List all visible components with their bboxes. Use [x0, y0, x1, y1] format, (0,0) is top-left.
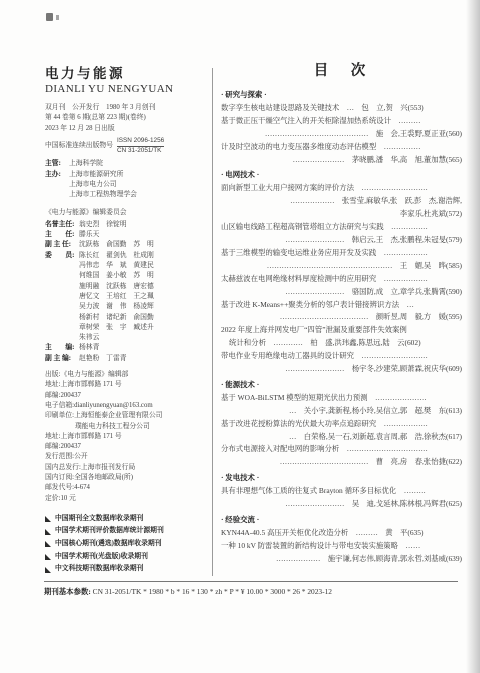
toc-line: 山区输电线路工程超高钢管塔组立方法研究与实践 …………… — [221, 221, 462, 234]
organizer-label: 主管: — [45, 159, 69, 169]
board-row: 吴力波 谢 伟 杨凌辉 — [45, 302, 211, 312]
database-badge: 中国学术期刊评价数据库统计源期刊 — [45, 525, 211, 538]
board-role-label — [45, 302, 79, 312]
board-member-names: 朱祎云 — [79, 333, 99, 343]
journal-contents-page: 电力与能源 DIANLI YU NENGYUAN 双月刊 公开发行 1980 年… — [0, 0, 480, 673]
publishing-info-row: 地址:上海市邯郸路 171 号 — [45, 432, 211, 442]
board-role-label — [45, 313, 79, 323]
toc-line: …………………… 吴 迪,戈延林,陈林根,冯辉君(625) — [221, 498, 462, 511]
toc-line: 统计和分析 ………… 柏 盛,洪玮鑫,陈思远,陆 云(602) — [221, 337, 462, 350]
board-member-names: 翁史烈 徐锭明 — [79, 220, 127, 230]
badge-text: 中文科技期刊数据库收录期刊 — [55, 563, 143, 576]
board-member-names: 唐忆文 王培红 王之珮 — [79, 292, 154, 302]
toc-line: 一种 10 kV 防雷装置的新结构设计与带电安装实施策略 …… — [221, 540, 462, 553]
editorial-board-rows: 名誉主任: 翁史烈 徐锭明 主 任: 滕乐天 副 主 任: 沈跃栋 俞国勤 苏 … — [45, 220, 211, 364]
board-member-names: 章树荣 张 宇 臧述升 — [79, 323, 154, 333]
badge-text: 中国核心期刊(遴选)数据库收录期刊 — [55, 538, 161, 551]
toc-line: KYN44A-40.5 高压开关柜优化改造分析 ……… 黄 平(635) — [221, 527, 462, 540]
toc-line: · 发电技术 · — [221, 472, 462, 485]
publishing-info-row: 发行范围:公开 — [45, 452, 211, 462]
toc-lines: · 研究与探索 · 数字孪生核电站建设思路及关键技术 … 包 立,贺 兴(553… — [221, 89, 462, 566]
footer-value: CN 31-2051/TK * 1980 * b * 16 * 130 * zh… — [93, 587, 332, 596]
toc-line: ……………… 施宇谦,何志伟,顾海青,郭永哲,刘基威(639) — [221, 553, 462, 566]
toc-line: …………………… 杨宇冬,沙建荣,顾萧霖,祝庆华(609) — [221, 363, 462, 376]
toc-line: · 能源技术 · — [221, 379, 462, 392]
board-role-label — [45, 261, 79, 271]
board-row: 委 员: 陈长红 翟剑仇 杜成刚 — [45, 251, 211, 261]
board-role-label — [45, 271, 79, 281]
publication-info: 双月刊 公开发行 1980 年 3 月创刊 第 44 卷第 6 期(总第 223… — [45, 103, 211, 134]
board-member-names: 杨新村 诸纪新 俞国勤 — [79, 313, 154, 323]
toc-column: 目 次 · 研究与探索 · 数字孪生核电站建设思路及关键技术 … 包 立,贺 兴… — [221, 62, 462, 566]
board-row: 唐忆文 王培红 王之珮 — [45, 292, 211, 302]
board-role-label: 副 主 任: — [45, 240, 79, 250]
board-member-names: 滕乐天 — [79, 230, 99, 240]
toc-line: 基于 WOA-BiLSTM 模型的短期光伏出力预测 ………………… — [221, 392, 462, 405]
database-badge: 中文科技期刊数据库收录期刊 — [45, 563, 211, 576]
toc-line: 分布式电源接入对配电网的影响分析 …………………………… — [221, 443, 462, 456]
board-role-label: 主 编: — [45, 343, 79, 353]
board-role-label: 副 主 编: — [45, 354, 79, 364]
toc-line: · 电网技术 · — [221, 169, 462, 182]
organizer-value: 上海科学院 — [69, 159, 103, 169]
toc-line: 基于三维模型的输变电运维业务应用开发及实践 ……………… — [221, 247, 462, 260]
scan-artifact — [46, 13, 53, 21]
toc-line: ……………………………… 曹 亮,房 春,张怡捷(622) — [221, 456, 462, 469]
database-badge: 中国核心期刊(遴选)数据库收录期刊 — [45, 538, 211, 551]
footer-label: 期刊基本参数: — [44, 587, 91, 596]
board-role-label: 主 任: — [45, 230, 79, 240]
board-role-label — [45, 282, 79, 292]
triangle-bullet-icon — [45, 529, 51, 535]
organizer-rows: 主管: 上海科学院 主办: 上海市能源研究所 主办: 上海市电力公司 主办: 上… — [45, 159, 211, 200]
publishing-info-row: 邮编:200437 — [45, 391, 211, 401]
toc-line: 具有非理想气体工质的往复式 Brayton 循环多目标优化 ……… — [221, 485, 462, 498]
publication-info-line: 双月刊 公开发行 1980 年 3 月创刊 — [45, 103, 211, 113]
board-row: 名誉主任: 翁史烈 徐锭明 — [45, 220, 211, 230]
toc-line: 带电作业专用绝缘电动工器具的设计研究 ……………………… — [221, 350, 462, 363]
board-member-names: 何维国 姜小敏 苏 明 — [79, 271, 154, 281]
journal-parameters-footer: 期刊基本参数: CN 31-2051/TK * 1980 * b * 16 * … — [44, 581, 458, 597]
organizer-value: 上海市工程热物理学会 — [69, 190, 137, 200]
editorial-board-title: 《电力与能源》编辑委员会 — [45, 208, 211, 218]
board-row: 朱祎云 — [45, 333, 211, 343]
board-row: 副 主 编: 赵艳粉 丁雷青 — [45, 354, 211, 364]
board-role-label: 名誉主任: — [45, 220, 79, 230]
toc-line: 基于微正压干燥空气注入的开关柜除湿加热系统设计 ……… — [221, 115, 462, 128]
publishing-info-row: 定价:10 元 — [45, 494, 211, 504]
organizer-value: 上海市能源研究所 — [69, 170, 123, 180]
organizer-row: 主办: 上海市能源研究所 — [45, 170, 211, 180]
toc-line: 太赫兹波在电网绝缘材料厚度检测中的应用研究 ……………… — [221, 273, 462, 286]
scan-artifact — [56, 15, 59, 20]
board-member-names: 赵艳粉 丁雷青 — [79, 354, 127, 364]
publishing-info-row: 邮发代号:4-674 — [45, 483, 211, 493]
board-row: 施明融 沈跃栋 唐宏德 — [45, 282, 211, 292]
toc-line: · 经验交流 · — [221, 514, 462, 527]
publishing-info-row: 电子信箱:dianliyunengyuan@163.com — [45, 401, 211, 411]
board-row: 副 主 任: 沈跃栋 俞国勤 苏 明 — [45, 240, 211, 250]
board-member-names: 杨林青 — [79, 343, 99, 353]
toc-line: 李家乐,杜兆斌(572) — [221, 208, 462, 221]
page-edge-shadow — [466, 0, 480, 673]
toc-line: …………………………………………… 王 媚,吴 晔(585) — [221, 260, 462, 273]
journal-title: 电力与能源 — [45, 66, 211, 82]
issn-block: 中国标准连续出版物号 ISSN 2096-1256 CN 31-2051/TK — [45, 137, 211, 156]
issn-label: 中国标准连续出版物号 — [45, 141, 113, 151]
toc-line: · 研究与探索 · — [221, 89, 462, 102]
publishing-info-row: 璞能电力科技工程分公司 — [45, 422, 211, 432]
database-badges: 中国期刊全文数据库收录期刊 中国学术期刊评价数据库统计源期刊 中国核心期刊(遴选… — [45, 513, 211, 576]
database-badge: 中国期刊全文数据库收录期刊 — [45, 513, 211, 526]
toc-line: …………………… 韩启云,王 杰,张鹏程,朱冠旻(579) — [221, 234, 462, 247]
board-member-names: 吴力波 谢 伟 杨凌辉 — [79, 302, 154, 312]
board-role-label: 委 员: — [45, 251, 79, 261]
board-row: 何维国 姜小敏 苏 明 — [45, 271, 211, 281]
toc-line: …………………………………… 施 会,王裘野,夏正亚(560) — [221, 128, 462, 141]
board-row: 主 编: 杨林青 — [45, 343, 211, 353]
toc-line: …………………… 骆国防,成 立,章学兵,张腾霄(590) — [221, 286, 462, 299]
board-member-names: 沈跃栋 俞国勤 苏 明 — [79, 240, 154, 250]
badge-text: 中国学术期刊(光盘版)收录期刊 — [55, 551, 148, 564]
publishing-info-row: 邮编:200437 — [45, 442, 211, 452]
publishing-info-row: 出版:《电力与能源》编辑部 — [45, 370, 211, 380]
triangle-bullet-icon — [45, 516, 51, 522]
toc-line: 基于改进 K-Means++聚类分析的邻户表计错接辨识方法 … — [221, 299, 462, 312]
board-role-label — [45, 333, 79, 343]
board-row: 杨新村 诸纪新 俞国勤 — [45, 313, 211, 323]
badge-text: 中国期刊全文数据库收录期刊 — [55, 513, 143, 526]
board-row: 主 任: 滕乐天 — [45, 230, 211, 240]
board-role-label — [45, 323, 79, 333]
organizer-row: 主管: 上海科学院 — [45, 159, 211, 169]
board-row: 章树荣 张 宇 臧述升 — [45, 323, 211, 333]
journal-title-pinyin: DIANLI YU NENGYUAN — [45, 82, 211, 96]
triangle-bullet-icon — [45, 554, 51, 560]
board-row: 冯伟忠 华 斌 黄建民 — [45, 261, 211, 271]
toc-line: ……………… 张雪莹,麻敏华,张 跃,彭 杰,谢浩辉, — [221, 195, 462, 208]
board-role-label — [45, 292, 79, 302]
organizer-row: 主办: 上海市工程热物理学会 — [45, 190, 211, 200]
publishing-info-row: 国内订阅:全国各地邮政局(所) — [45, 473, 211, 483]
publication-info-line: 第 44 卷第 6 期(总第 223 期)(卷终) — [45, 113, 211, 123]
publishing-info-row: 地址:上海市邯郸路 171 号 — [45, 380, 211, 390]
toc-line: ……………………………… 颜昕昱,周 毅,方 媛(595) — [221, 311, 462, 324]
toc-line: 2022 年度上海并网发电厂“四管”泄漏及重要部件失效案例 — [221, 324, 462, 337]
toc-line: 计及时空波动的电力变压器多维度动态评估模型 …………… — [221, 141, 462, 154]
toc-line: 数字孪生核电站建设思路及关键技术 … 包 立,贺 兴(553) — [221, 102, 462, 115]
publication-info-line: 2023 年 12 月 28 日出版 — [45, 124, 211, 134]
toc-line: 面向新型工业大用户接网方案的评价方法 ……………………… — [221, 182, 462, 195]
triangle-bullet-icon — [45, 567, 51, 573]
publishing-info-rows: 出版:《电力与能源》编辑部 地址:上海市邯郸路 171 号 邮编:200437 … — [45, 370, 211, 504]
publishing-info-row: 印刷单位:上海恒能泰企业管理有限公司 — [45, 411, 211, 421]
toc-line: 基于改进花授粉算法的光伏最大功率点追踪研究 ……………… — [221, 418, 462, 431]
organizer-label: 主办: — [45, 170, 69, 180]
triangle-bullet-icon — [45, 541, 51, 547]
cn-number: CN 31-2051/TK — [117, 147, 164, 156]
badge-text: 中国学术期刊评价数据库统计源期刊 — [55, 525, 164, 538]
issn-number: ISSN 2096-1256 — [117, 137, 164, 147]
toc-line: … 白荣格,吴一石,刘新超,袁言周,郝 浩,徐秋杰(617) — [221, 431, 462, 444]
toc-line: ………………… 茅晓鹏,潘 华,高 旭,董加慧(565) — [221, 154, 462, 167]
column-divider — [212, 68, 213, 576]
organizer-value: 上海市电力公司 — [69, 180, 117, 190]
database-badge: 中国学术期刊(光盘版)收录期刊 — [45, 551, 211, 564]
publishing-info-row: 国内总发行:上海市报刊发行局 — [45, 463, 211, 473]
masthead-column: 电力与能源 DIANLI YU NENGYUAN 双月刊 公开发行 1980 年… — [45, 66, 211, 576]
toc-line: … 关小宇,龚新程,杨小玲,吴信立,郭 超,樊 东(613) — [221, 405, 462, 418]
organizer-row: 主办: 上海市电力公司 — [45, 180, 211, 190]
board-member-names: 陈长红 翟剑仇 杜成刚 — [79, 251, 154, 261]
board-member-names: 施明融 沈跃栋 唐宏德 — [79, 282, 154, 292]
board-member-names: 冯伟忠 华 斌 黄建民 — [79, 261, 154, 271]
toc-heading: 目 次 — [221, 62, 462, 80]
